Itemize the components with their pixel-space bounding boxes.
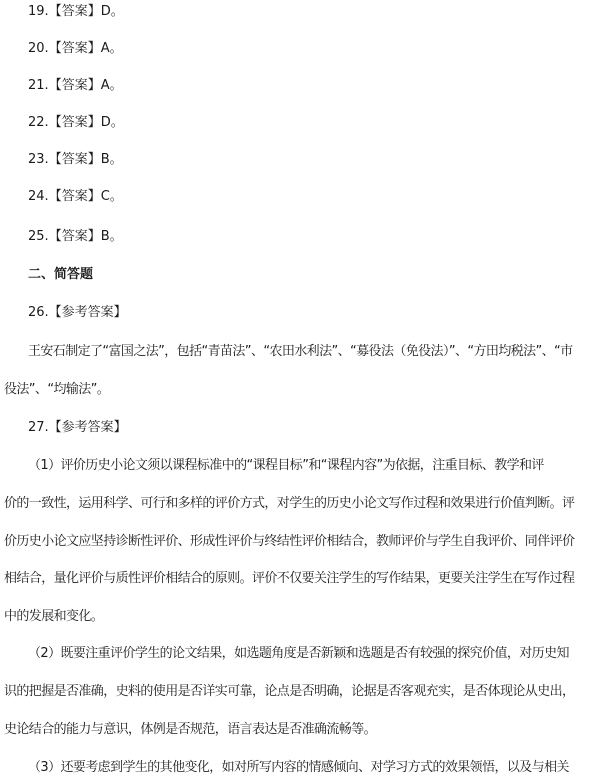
answer-tag: 【答案】: [49, 152, 101, 167]
answer-value: D。: [101, 115, 124, 130]
question-27-text-line-3: 价历史小论文应坚持诊断性评价、形成性评价与终结性评价相结合，教师评价与学生自我评…: [4, 533, 596, 551]
answer-number: 20.: [28, 41, 49, 56]
question-27-label: 27.【参考答案】: [28, 419, 596, 437]
answer-number: 23.: [28, 152, 49, 167]
question-27-text-line-4: 相结合，量化评价与质性评价相结合的原则。评价不仅要关注学生的写作结果，更要关注学…: [4, 570, 596, 588]
answer-item-20: 20.【答案】A。: [28, 40, 596, 58]
answer-number: 21.: [28, 78, 49, 93]
answer-value: A。: [101, 41, 123, 56]
question-26-text-line-1: 王安石制定了“富国之法”，包括“青苗法”、“农田水利法”、“募役法（免役法）”、…: [28, 343, 596, 361]
question-26-label: 26.【参考答案】: [28, 304, 596, 322]
answer-value: C。: [101, 189, 123, 204]
answer-number: 19.: [28, 4, 49, 19]
question-27-text-line-1: （1）评价历史小论文须以课程标准中的“课程目标”和“课程内容”为依据，注重目标、…: [28, 457, 596, 475]
answer-number: 24.: [28, 189, 49, 204]
answer-item-25: 25.【答案】B。: [28, 228, 596, 246]
answer-tag: 【答案】: [49, 78, 101, 93]
answer-tag: 【答案】: [49, 229, 101, 244]
answer-value: B。: [101, 152, 123, 167]
answer-number: 25.: [28, 229, 49, 244]
answer-tag: 【答案】: [49, 189, 101, 204]
answer-item-24: 24.【答案】C。: [28, 188, 596, 206]
question-26-text-line-2: 役法”、“均输法”。: [4, 381, 596, 399]
question-27-text-line-9: （3）还要考虑到学生的其他变化，如对所写内容的情感倾向、对学习方式的效果领悟，以…: [28, 759, 596, 777]
answer-item-23: 23.【答案】B。: [28, 151, 596, 169]
answer-number: 22.: [28, 115, 49, 130]
answer-item-22: 22.【答案】D。: [28, 114, 596, 132]
question-27-text-line-6: （2）既要注重评价学生的论文结果，如选题角度是否新颖和选题是否有较强的探究价值，…: [28, 645, 596, 663]
question-27-text-line-5: 中的发展和变化。: [4, 608, 596, 626]
answer-item-21: 21.【答案】A。: [28, 77, 596, 95]
answer-value: A。: [101, 78, 123, 93]
answer-value: B。: [101, 229, 123, 244]
answer-tag: 【答案】: [49, 41, 101, 56]
answer-tag: 【答案】: [49, 115, 101, 130]
question-27-text-line-8: 史论结合的能力与意识，体例是否规范，语言表达是否准确流畅等。: [4, 721, 596, 739]
section-heading: 二、简答题: [28, 266, 596, 284]
answer-item-19: 19.【答案】D。: [28, 3, 596, 21]
answer-tag: 【答案】: [49, 4, 101, 19]
question-27-text-line-2: 价的一致性，运用科学、可行和多样的评价方式，对学生的历史小论文写作过程和效果进行…: [4, 495, 596, 513]
question-27-text-line-7: 识的把握是否准确，史料的使用是否详实可靠，论点是否明确，论据是否客观充实，是否体…: [4, 683, 596, 701]
answer-value: D。: [101, 4, 124, 19]
